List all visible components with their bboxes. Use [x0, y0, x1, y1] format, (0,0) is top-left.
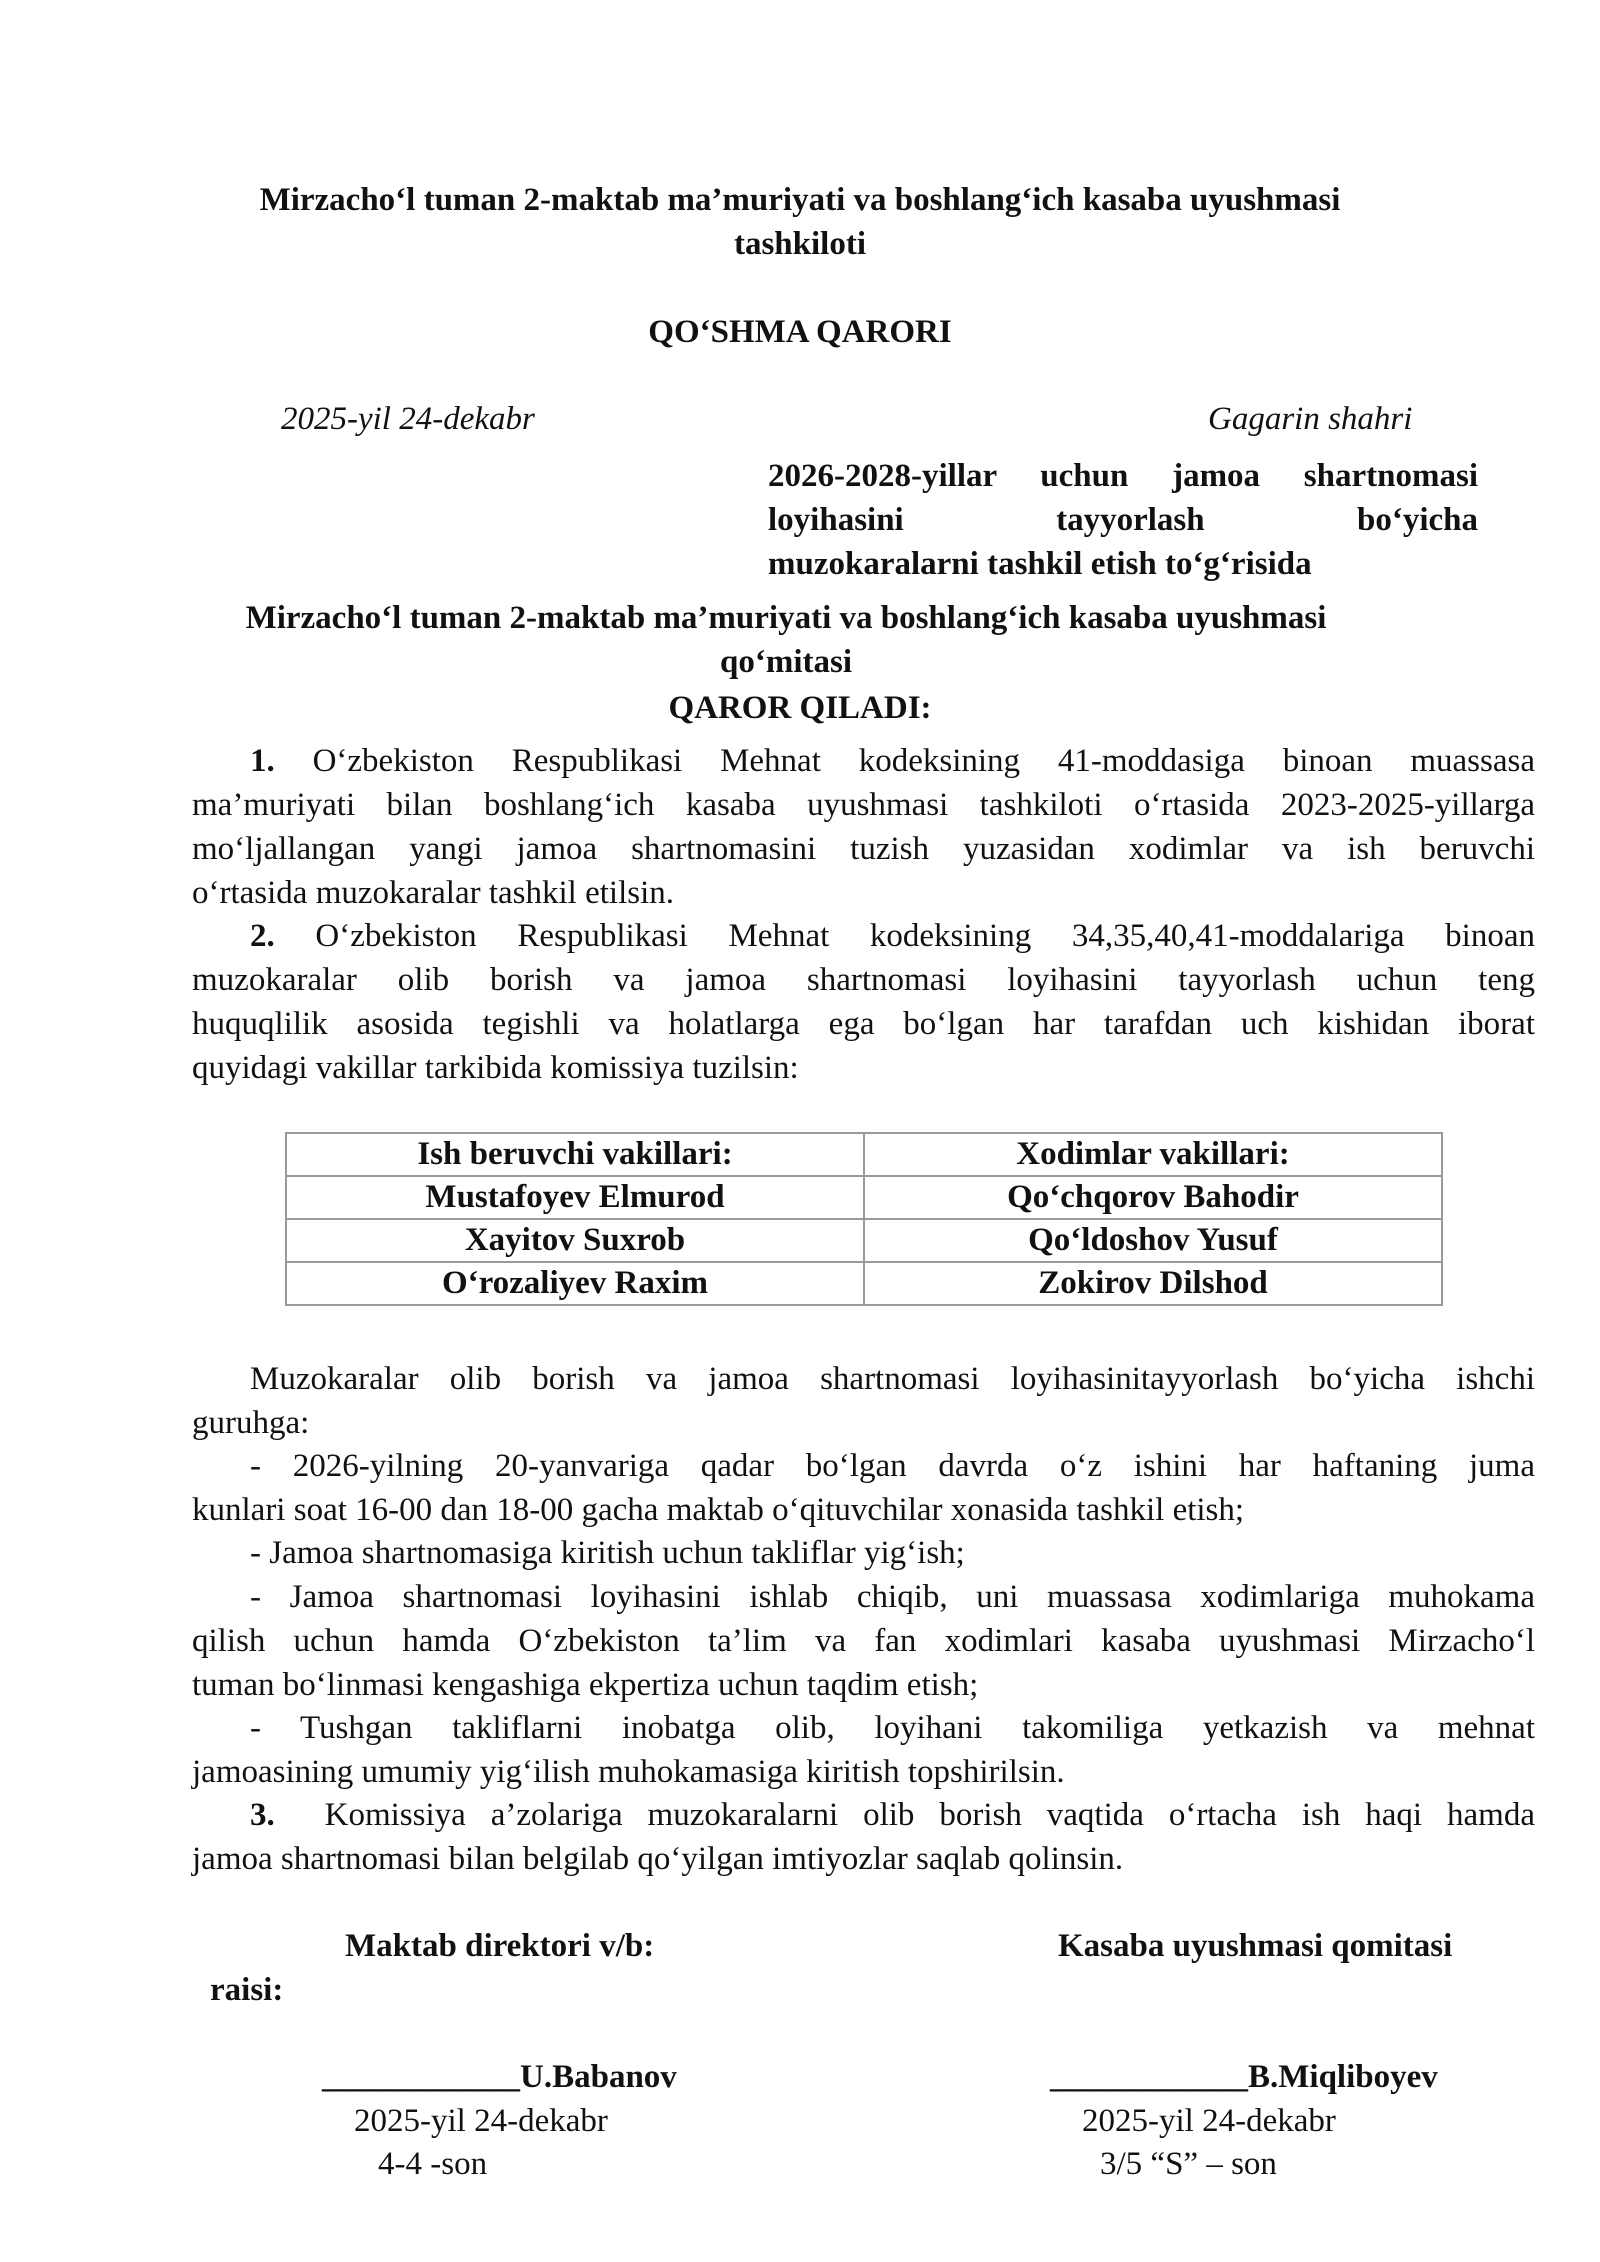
item-2-line: 2. O‘zbekiston Respublikasi Mehnat kodek… — [250, 914, 1535, 958]
item-2-line: muzokaralar olib borish va jamoa shartno… — [192, 958, 1535, 1002]
table-row: Xayitov Suxrob Qo‘ldoshov Yusuf — [286, 1219, 1442, 1262]
item-1-line: o‘rtasida muzokaralar tashkil etilsin. — [192, 871, 1535, 915]
document-number: 3/5 “S” – son — [1100, 2142, 1277, 2186]
item-number: 1. — [250, 743, 275, 779]
document-title: QO‘SHMA QARORI — [0, 310, 1600, 354]
item-1-line: mo‘ljallangan yangi jamoa shartnomasini … — [192, 827, 1535, 871]
task-1-line: - 2026-yilning 20-yanvariga qadar bo‘lga… — [250, 1444, 1535, 1488]
document-place: Gagarin shahri — [1208, 397, 1412, 441]
document-date: 2025-yil 24-dekabr — [281, 397, 535, 441]
task-1-line: kunlari soat 16-00 dan 18-00 gacha makta… — [192, 1488, 1535, 1532]
signature-line: ____________U.Babanov — [322, 2055, 677, 2099]
signatory-title: Maktab direktori v/b: — [345, 1924, 654, 1968]
item-3-line: 3. Komissiya a’zolariga muzokaralarni ol… — [250, 1793, 1535, 1837]
resolves-heading: QAROR QILADI: — [0, 686, 1600, 730]
table-cell: O‘rozaliyev Raxim — [286, 1262, 864, 1305]
item-1-line: 1. O‘zbekiston Respublikasi Mehnat kodek… — [250, 739, 1535, 783]
item-3-line: jamoa shartnomasi bilan belgilab qo‘yilg… — [192, 1837, 1535, 1881]
signature-date: 2025-yil 24-dekabr — [354, 2099, 608, 2143]
table-row: O‘rozaliyev Raxim Zokirov Dilshod — [286, 1262, 1442, 1305]
table-row: Mustafoyev Elmurod Qo‘chqorov Bahodir — [286, 1176, 1442, 1219]
signatory-name: B.Miqliboyev — [1248, 2059, 1438, 2095]
document-number: 4-4 -son — [378, 2142, 487, 2186]
item-1-line: ma’muriyati bilan boshlang‘ich kasaba uy… — [192, 783, 1535, 827]
table-cell: Qo‘chqorov Bahodir — [864, 1176, 1442, 1219]
subject-line: loyihasini tayyorlash bo‘yicha — [768, 498, 1478, 542]
table-cell: Qo‘ldoshov Yusuf — [864, 1219, 1442, 1262]
table-cell: Xayitov Suxrob — [286, 1219, 864, 1262]
task-4-line: - Tushgan takliflarni inobatga olib, loy… — [250, 1706, 1535, 1750]
table-header-employer: Ish beruvchi vakillari: — [286, 1133, 864, 1176]
item-2-line: huquqlilik asosida tegishli va holatlarg… — [192, 1002, 1535, 1046]
table-header-employees: Xodimlar vakillari: — [864, 1133, 1442, 1176]
task-4-line: jamoasining umumiy yig‘ilish muhokamasig… — [192, 1750, 1535, 1794]
commission-table: Ish beruvchi vakillari: Xodimlar vakilla… — [285, 1132, 1443, 1306]
subject-line: 2026-2028-yillar uchun jamoa shartnomasi — [768, 454, 1478, 498]
organization-title-line1: Mirzacho‘l tuman 2-maktab ma’muriyati va… — [0, 178, 1600, 222]
item-number: 2. — [250, 918, 275, 954]
table-cell: Zokirov Dilshod — [864, 1262, 1442, 1305]
signatory-name: U.Babanov — [520, 2059, 677, 2095]
subject-line: muzokaralarni tashkil etish to‘g‘risida — [768, 542, 1478, 586]
organization-title-line2: tashkiloti — [0, 222, 1600, 266]
task-3-line: qilish uchun hamda O‘zbekiston ta’lim va… — [192, 1619, 1535, 1663]
item-2-line: quyidagi vakillar tarkibida komissiya tu… — [192, 1046, 1535, 1090]
table-cell: Mustafoyev Elmurod — [286, 1176, 864, 1219]
signature-date: 2025-yil 24-dekabr — [1082, 2099, 1336, 2143]
signature-line: ____________B.Miqliboyev — [1050, 2055, 1438, 2099]
authority-line2: qo‘mitasi — [0, 640, 1572, 684]
table-header-row: Ish beruvchi vakillari: Xodimlar vakilla… — [286, 1133, 1442, 1176]
signatory-title: Kasaba uyushmasi qomitasi — [1058, 1924, 1452, 1968]
item-number: 3. — [250, 1797, 275, 1833]
working-group-intro-line: guruhga: — [192, 1401, 1535, 1445]
working-group-intro-line: Muzokaralar olib borish va jamoa shartno… — [250, 1357, 1535, 1401]
signatory-title-continued: raisi: — [210, 1968, 283, 2012]
authority-line1: Mirzacho‘l tuman 2-maktab ma’muriyati va… — [0, 596, 1572, 640]
task-3-line: - Jamoa shartnomasi loyihasini ishlab ch… — [250, 1575, 1535, 1619]
task-3-line: tuman bo‘linmasi kengashiga ekpertiza uc… — [192, 1663, 1535, 1707]
task-2-line: - Jamoa shartnomasiga kiritish uchun tak… — [250, 1531, 1535, 1575]
